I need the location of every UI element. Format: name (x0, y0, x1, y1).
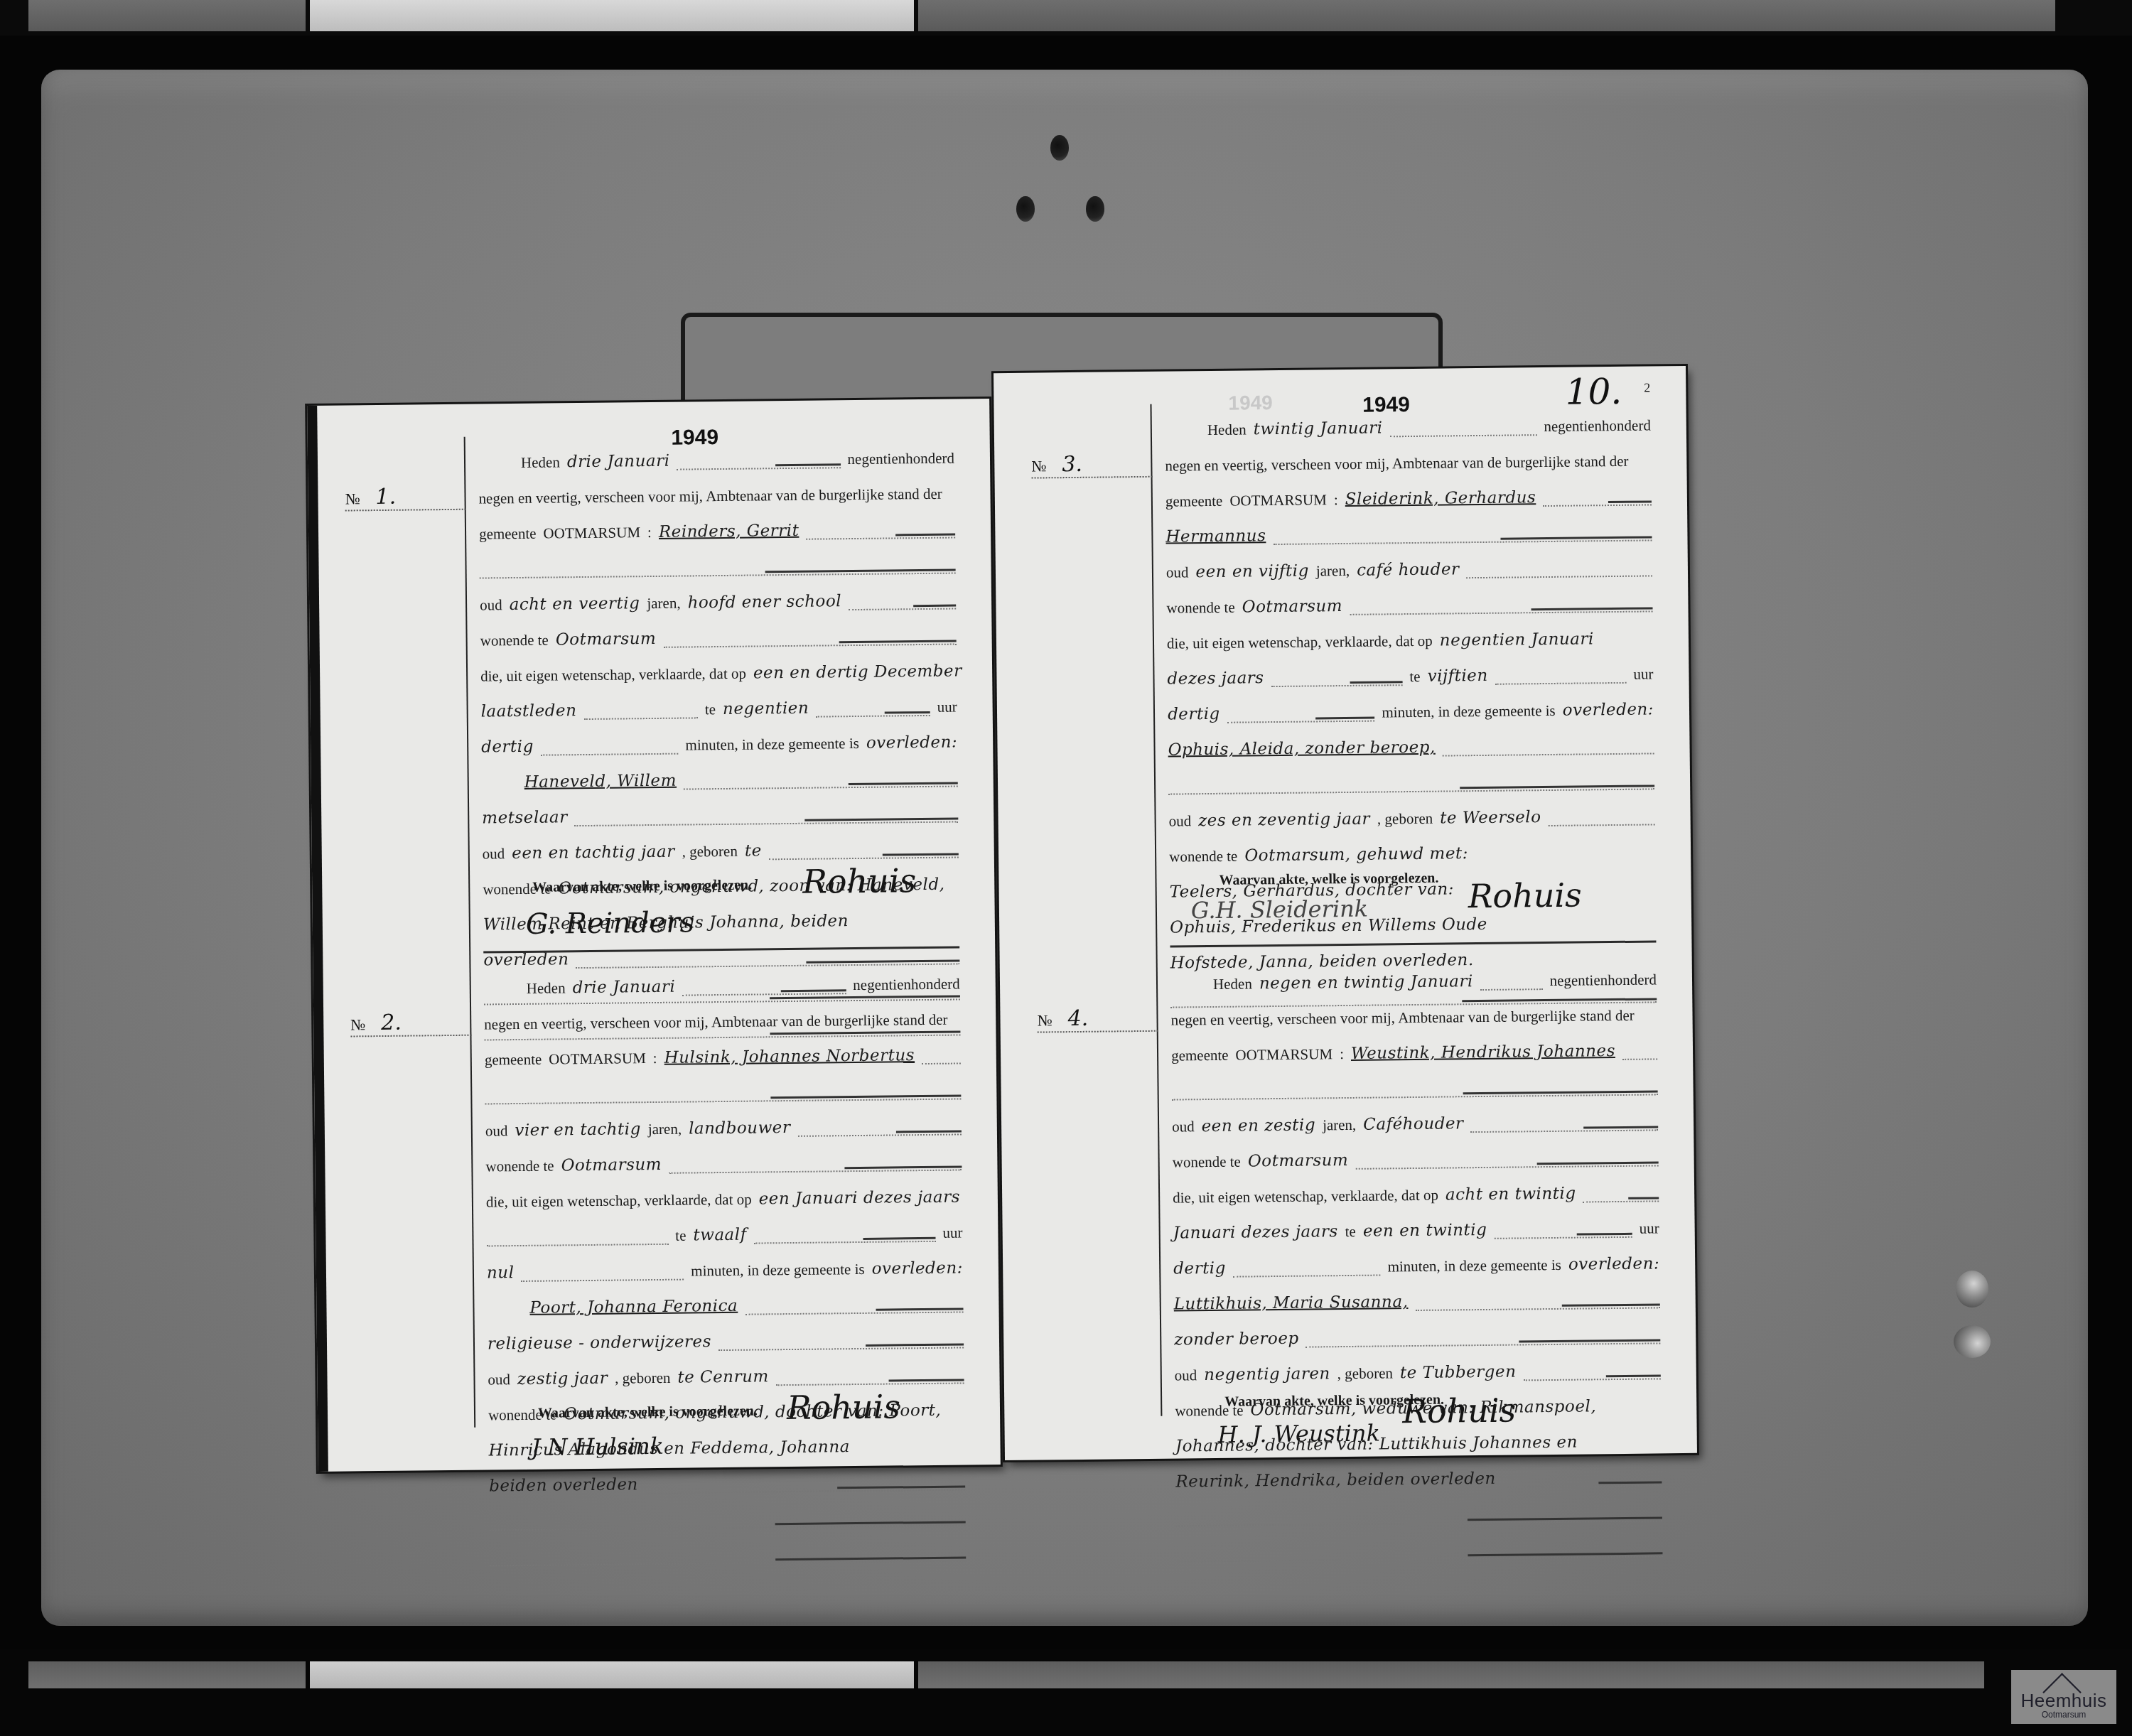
declarant-name: Sleiderink, Gerhardus (1345, 488, 1536, 509)
record-number: №3. (1031, 451, 1152, 479)
form-line-preamble: negen en veertig, verscheen voor mij, Am… (478, 470, 954, 511)
form-line-age: oud acht en veertig jaren, hoofd ener sc… (480, 577, 956, 618)
deceased-name: Poort, Johanna Feronica (529, 1297, 738, 1317)
deceased-name: Ophuis, Aleida, zonder beroep, (1168, 738, 1435, 760)
signature-official: Rohuis (1468, 876, 1581, 916)
scanner-bottom-strip (0, 1649, 2132, 1736)
form-line-time: laatstleden te negentien uur (480, 684, 957, 724)
form-line-declared: die, uit eigen wetenschap, verklaarde, d… (480, 648, 957, 689)
record-number: №4. (1037, 1006, 1158, 1033)
fixture-edge (28, 1661, 306, 1688)
fixture-edge (310, 1661, 914, 1688)
deceased-name: Luttikhuis, Maria Susanna, (1174, 1293, 1409, 1313)
closing-statement: Waarvan akte, welke is voorgelezen. (1219, 870, 1438, 889)
folio-number-printed: 2 (1644, 380, 1650, 395)
mount-hole (1050, 135, 1069, 161)
form-line-residence: wonende te Ootmarsum (480, 613, 956, 653)
mount-hole (1086, 196, 1104, 222)
fixture-edge (28, 0, 306, 31)
scanner-top-strip (0, 0, 2132, 36)
death-record-2: №2. Heden drie Januari negentienhonderd … (483, 960, 966, 1569)
signature-declarant: J N Hulsink (531, 1433, 664, 1461)
death-record-4: №4. Heden negen en twintig Januari negen… (1170, 956, 1663, 1565)
form-line-declarant: gemeente OOTMARSUM: Reinders, Gerrit (479, 506, 955, 546)
record-number: №1. (345, 484, 465, 512)
declarant-name: Hulsink, Johannes Norbertus (664, 1046, 915, 1067)
signature-official: Rohuis (787, 1387, 900, 1427)
declarant-name: Weustink, Hendrikus Johannes (1351, 1042, 1615, 1063)
register-page-right: 1949 1949 10. 2 №3. Heden twintig Januar… (994, 366, 1697, 1460)
declarant-name: Reinders, Gerrit (659, 522, 799, 541)
signature-official: Rohuis (802, 861, 916, 901)
form-line-minutes: dertig minuten, in deze gemeente is over… (481, 719, 957, 760)
fixture-edge (310, 0, 914, 31)
handwritten-date: drie Januari (567, 452, 670, 472)
margin-rule (464, 437, 476, 1428)
screw-icon (1956, 1271, 1988, 1308)
signature-declarant: G. Reinders (526, 906, 695, 940)
form-line-heden: Heden drie Januari negentienhonderd (478, 435, 954, 475)
register-page-left: 1949 №1. Heden drie Januari negentienhon… (307, 399, 1001, 1472)
fixture-edge (918, 0, 2055, 31)
form-line-deceased: Haneveld, Willem (481, 755, 957, 795)
form-line-deceased-age: oud een en tachtig jaar , geboren te (482, 826, 958, 866)
heemhuis-watermark-logo: Heemhuis Ootmarsum (2011, 1670, 2116, 1724)
closing-statement: Waarvan akte, welke is voorgelezen. (538, 1403, 758, 1422)
signature-official: Rohuis (1402, 1391, 1516, 1431)
signature-declarant: H. J. Weustink (1217, 1420, 1380, 1448)
margin-rule (1150, 404, 1162, 1416)
closing-statement: Waarvan akte, welke is voorgelezen. (532, 878, 752, 896)
signature-declarant: G.H. Sleiderink (1191, 895, 1369, 924)
record-number: №2. (350, 1010, 471, 1037)
screw-icon (1954, 1325, 1991, 1358)
deceased-name: Haneveld, Willem (524, 772, 677, 792)
mount-hole (1016, 196, 1035, 222)
fixture-edge (918, 1661, 1984, 1688)
